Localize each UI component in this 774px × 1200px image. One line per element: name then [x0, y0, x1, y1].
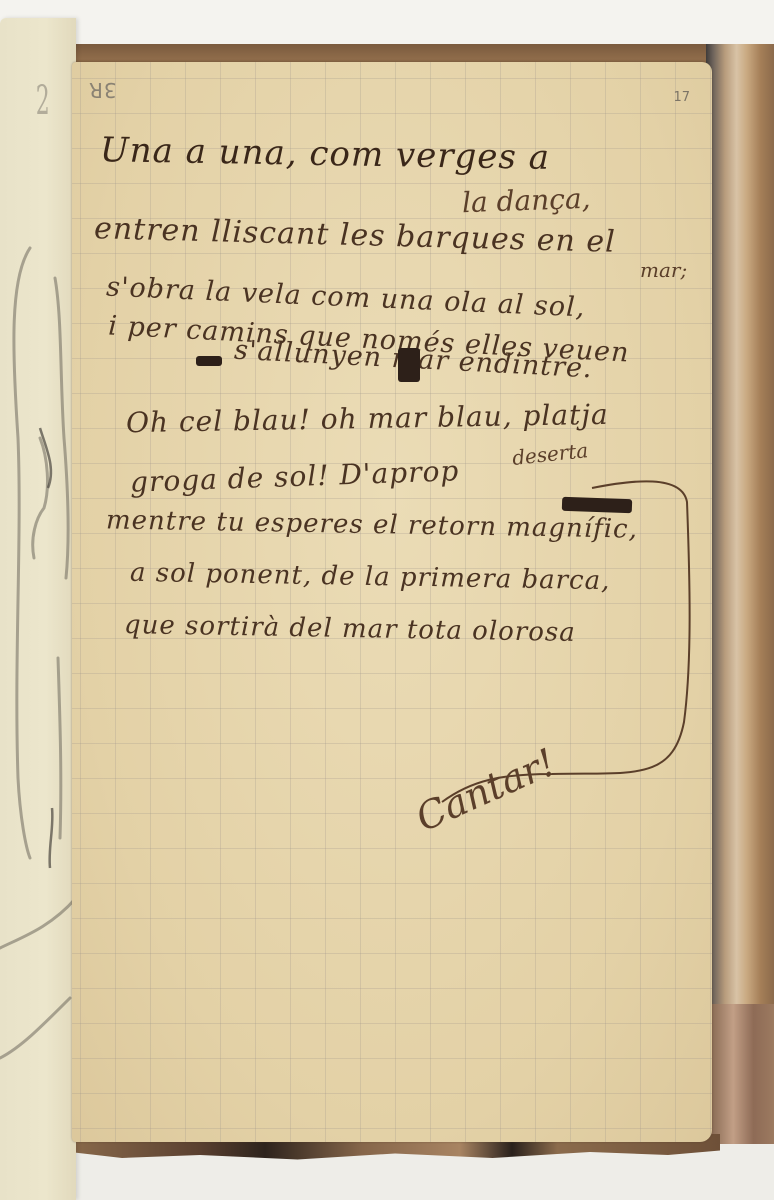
- poem-line-9: a sol ponent, de la primera barca,: [130, 558, 611, 596]
- notebook-spine-edge: [706, 44, 774, 1140]
- insertion-deserta: deserta: [511, 438, 589, 470]
- notebook-page: 3R 17 Una a una, com verges a la dança, …: [72, 62, 712, 1142]
- insertion-mar: mar;: [640, 258, 687, 282]
- poem-line-7: groga de sol! D'aprop: [130, 454, 460, 498]
- left-facing-page: 2: [0, 18, 76, 1200]
- notebook-scan: 2 3R 17 Una a una, com verges a la dança…: [0, 0, 774, 1200]
- insertion-la-danca: la dança,: [461, 182, 591, 219]
- ink-strikeout: [398, 348, 420, 382]
- closing-note-cantar: Cantar!: [409, 740, 562, 840]
- pencil-sketch-icon: [0, 18, 76, 1200]
- poem-line-6: Oh cel blau! oh mar blau, platja: [126, 398, 609, 439]
- poem-line-2: entren lliscant les barques en el: [94, 211, 616, 260]
- ink-strikeout: [562, 497, 632, 513]
- ink-strikeout: [196, 356, 222, 366]
- poem-line-8: mentre tu esperes el retorn magnífic,: [106, 505, 638, 544]
- folio-mark: 3R: [88, 78, 117, 102]
- poem-line-1: Una a una, com verges a: [100, 130, 551, 178]
- poem-line-10: que sortirà del mar tota olorosa: [124, 610, 576, 648]
- corner-page-number: 17: [673, 90, 690, 105]
